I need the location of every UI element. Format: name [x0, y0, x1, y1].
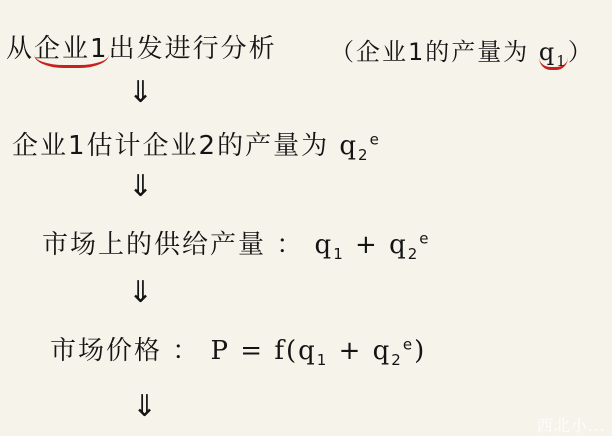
- watermark: 西北小...: [537, 413, 606, 436]
- down-double-arrow-icon: ⇓: [132, 392, 157, 422]
- down-double-arrow-icon: ⇓: [128, 278, 153, 308]
- step-4-text: 市场价格 ：: [50, 336, 211, 366]
- step-2-firm1-estimate: 企业1估计企业2的产量为 q2e: [12, 125, 381, 164]
- subscript-1: 1: [317, 351, 329, 369]
- plus-sign: +: [345, 230, 389, 260]
- subscript-1: 1: [333, 245, 345, 263]
- step-1-note: （企业1的产量为 q1）: [330, 32, 594, 70]
- expr-suffix: ): [414, 336, 426, 366]
- subscript-1: 1: [556, 52, 568, 70]
- q-var: q: [315, 230, 334, 260]
- expr-prefix: P = f(: [211, 336, 299, 366]
- step-3-text: 市场上的供给产量 ：: [42, 230, 315, 260]
- note-prefix: （企业1的产量为: [330, 38, 539, 66]
- note-suffix: ）: [568, 38, 594, 66]
- step-3-market-supply: 市场上的供给产量 ： q1 + q2e: [42, 224, 431, 263]
- q1-highlight: q1: [539, 38, 568, 70]
- step-1-prefix: 从: [6, 34, 34, 64]
- subscript-2: 2: [408, 245, 420, 263]
- firm1-highlight: 企业1: [34, 34, 109, 68]
- subscript-2: 2: [358, 146, 370, 164]
- step-2-text: 企业1估计企业2的产量为: [12, 131, 339, 161]
- step-4-market-price: 市场价格 ： P = f(q1 + q2e): [50, 330, 426, 369]
- superscript-e: e: [370, 130, 381, 148]
- plus-sign: +: [328, 336, 372, 366]
- q-var: q: [389, 230, 408, 260]
- step-1-suffix: 出发进行分析: [109, 34, 277, 64]
- step-1-start-from-firm1: 从企业1出发进行分析: [6, 28, 277, 65]
- superscript-e: e: [419, 229, 430, 247]
- subscript-2: 2: [391, 351, 403, 369]
- down-double-arrow-icon: ⇓: [128, 172, 153, 202]
- q-var: q: [539, 38, 556, 66]
- down-double-arrow-icon: ⇓: [128, 78, 153, 108]
- q-var: q: [339, 131, 358, 161]
- superscript-e: e: [403, 335, 414, 353]
- q-var: q: [373, 336, 392, 366]
- q-var: q: [298, 336, 317, 366]
